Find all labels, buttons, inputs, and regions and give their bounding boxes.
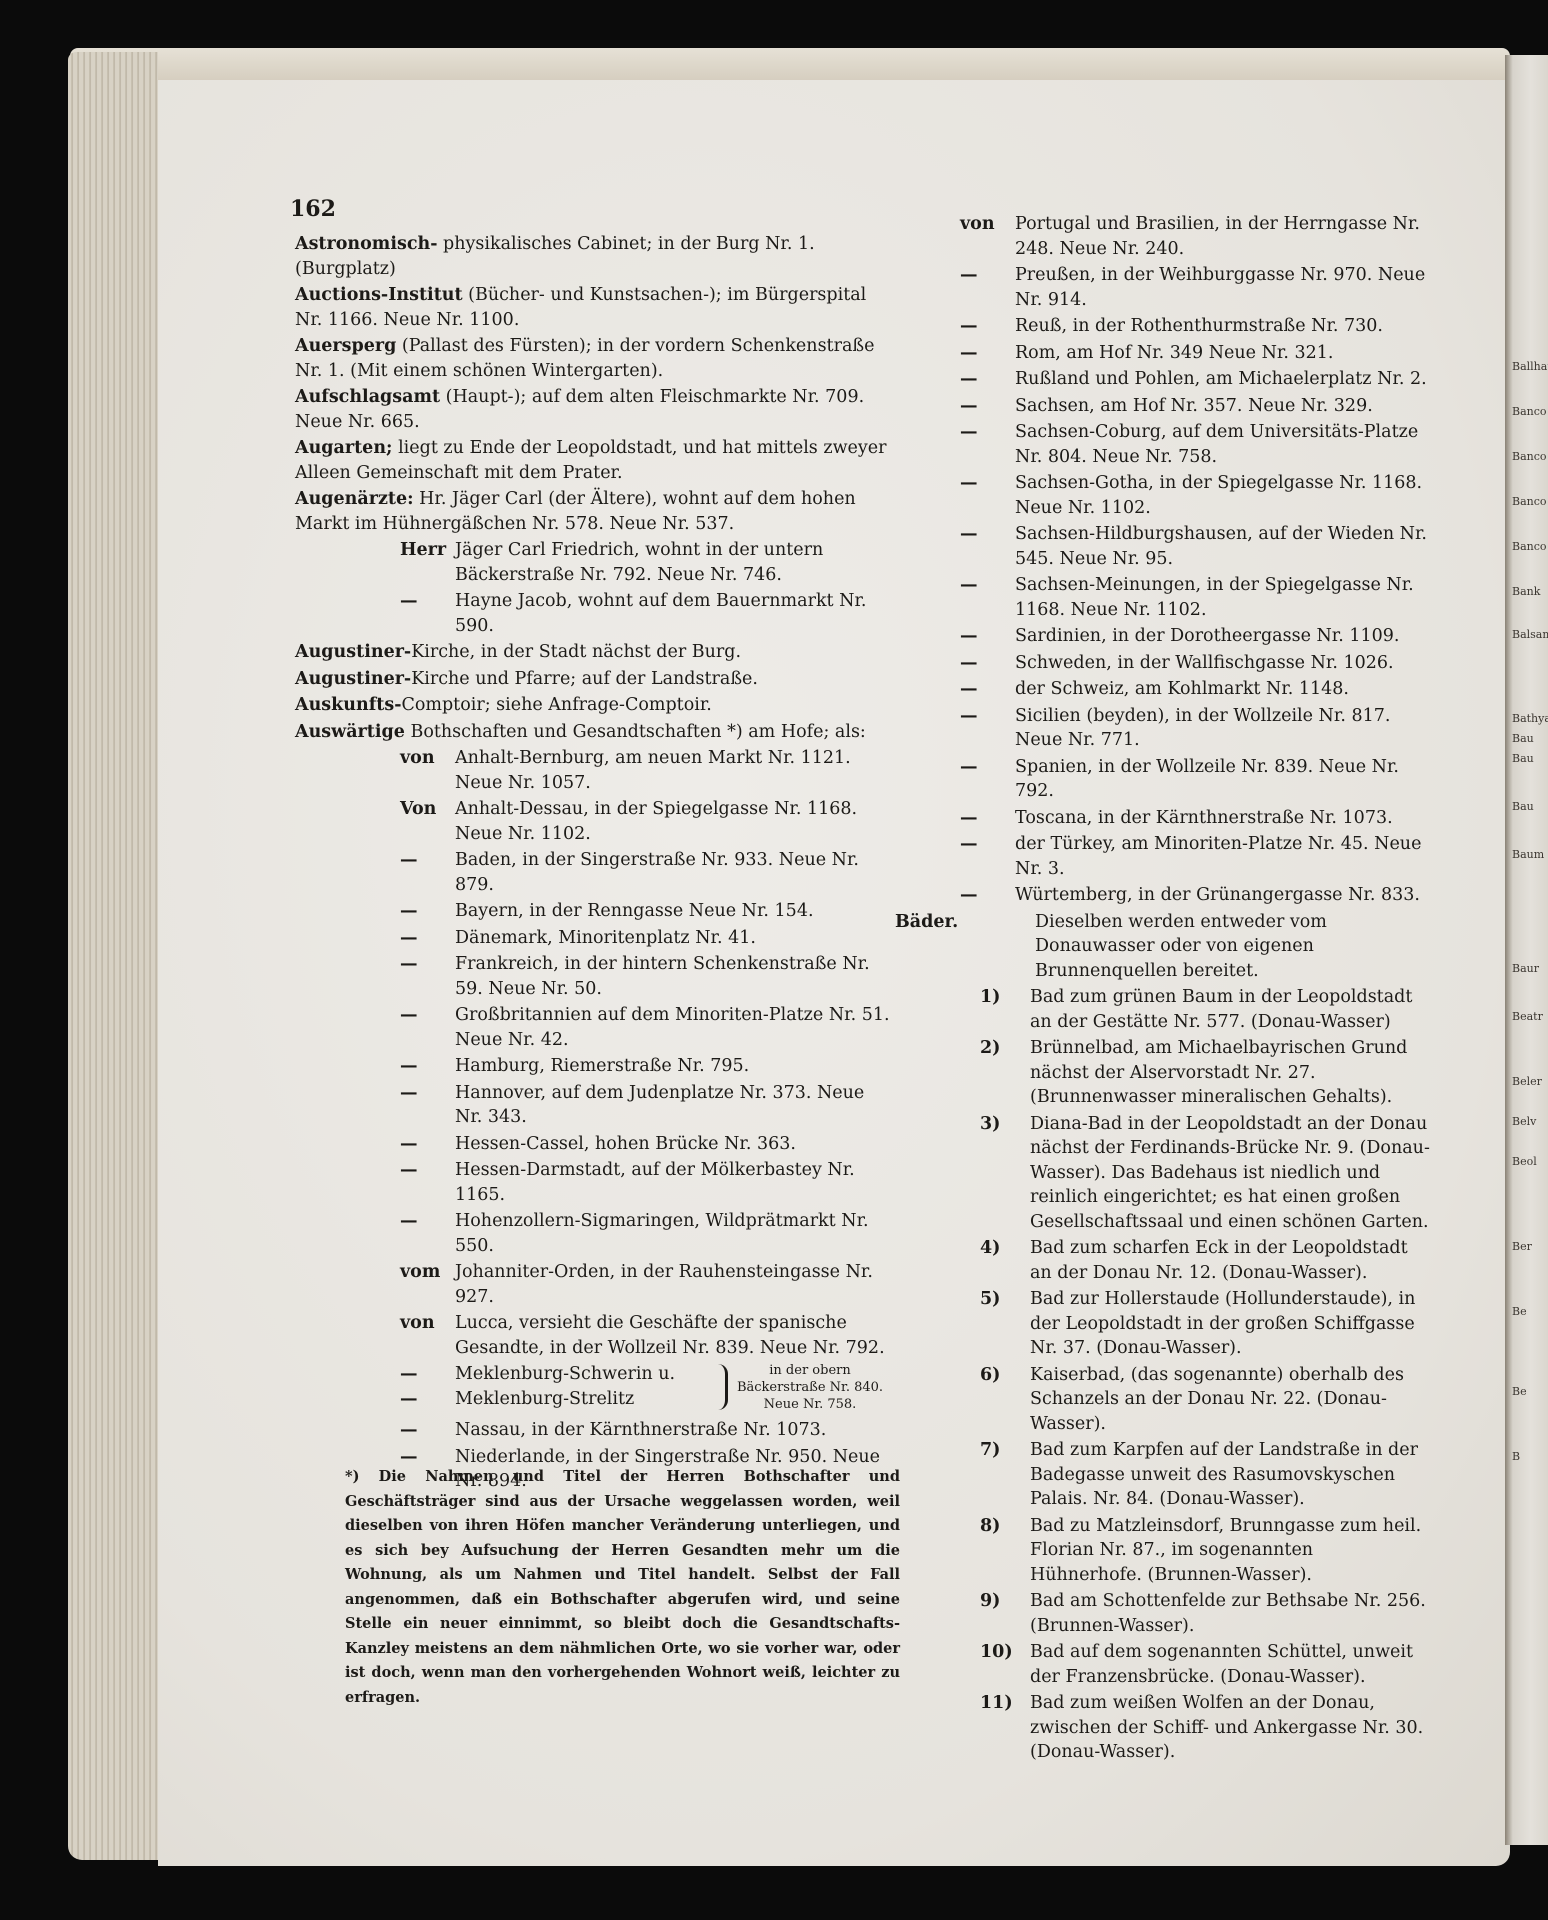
bath-item: 2)Brünnelbad, am Michaelbayrischen Grund… xyxy=(960,1036,1430,1110)
embassy-entry: —Sachsen-Meinungen, in der Spiegelgasse … xyxy=(960,573,1430,622)
embassy-entry: —der Türkey, am Minoriten-Platze Nr. 45.… xyxy=(960,832,1430,881)
embassy-entry: —Spanien, in der Wollzeile Nr. 839. Neue… xyxy=(960,755,1430,804)
embassy-entry: —Dänemark, Minoritenplatz Nr. 41. xyxy=(295,926,895,951)
embassy-entry: vomJohanniter-Orden, in der Rauhensteing… xyxy=(295,1260,895,1309)
embassy-entry: —Sachsen-Hildburgshausen, auf der Wieden… xyxy=(960,522,1430,571)
fragment: Bau xyxy=(1512,800,1534,813)
embassy-entry: —Preußen, in der Weihburggasse Nr. 970. … xyxy=(960,263,1430,312)
bath-item: 8)Bad zu Matzleinsdorf, Brunngasse zum h… xyxy=(960,1514,1430,1588)
entry-auctions: Auctions-Institut (Bücher- und Kunstsach… xyxy=(295,283,895,332)
entry-augarten: Augarten; liegt zu Ende der Leopoldstadt… xyxy=(295,436,895,485)
embassy-entry: vonPortugal und Brasilien, in der Herrng… xyxy=(960,212,1430,261)
bath-item: 9)Bad am Schottenfelde zur Bethsabe Nr. … xyxy=(960,1589,1430,1638)
bath-item: 7)Bad zum Karpfen auf der Landstraße in … xyxy=(960,1438,1430,1512)
fragment: Be xyxy=(1512,1385,1527,1398)
fragment: Ber xyxy=(1512,1240,1532,1253)
fragment: Banco xyxy=(1512,495,1547,508)
embassy-entry: —Nassau, in der Kärnthnerstraße Nr. 1073… xyxy=(295,1418,895,1443)
fragment: Baur xyxy=(1512,962,1539,975)
fragment: Bau xyxy=(1512,752,1534,765)
embassy-entry: —Bayern, in der Renngasse Neue Nr. 154. xyxy=(295,899,895,924)
shared-address: in der obern Bäckerstraße Nr. 840. Neue … xyxy=(735,1362,885,1413)
sub-entry: —Hayne Jacob, wohnt auf dem Bauernmarkt … xyxy=(295,589,895,638)
bath-item: 10)Bad auf dem sogenannten Schüttel, unw… xyxy=(960,1640,1430,1689)
entry-auersperg: Auersperg (Pallast des Fürsten); in der … xyxy=(295,334,895,383)
embassy-entry: —Hessen-Darmstadt, auf der Mölkerbastey … xyxy=(295,1158,895,1207)
entry-astronomisch: Astronomisch- physikalisches Cabinet; in… xyxy=(295,232,895,281)
fragment: Banco xyxy=(1512,540,1547,553)
fragment: Bau xyxy=(1512,732,1534,745)
entry-augustiner-kirche: Augustiner-Kirche, in der Stadt nächst d… xyxy=(295,640,895,665)
entry-auswaertige: Auswärtige Bothschaften und Gesandtschaf… xyxy=(295,720,895,745)
embassy-entry: —Sicilien (beyden), in der Wollzeile Nr.… xyxy=(960,704,1430,753)
right-column: vonPortugal und Brasilien, in der Herrng… xyxy=(960,212,1430,1767)
embassy-entry: —Hannover, auf dem Judenplatze Nr. 373. … xyxy=(295,1081,895,1130)
curly-brace xyxy=(715,1364,728,1410)
entry-augustiner-pfarre: Augustiner-Kirche und Pfarre; auf der La… xyxy=(295,667,895,692)
embassy-entry: vonLucca, versieht die Geschäfte der spa… xyxy=(295,1311,895,1360)
bath-item: 5)Bad zur Hollerstaude (Hollunderstaude)… xyxy=(960,1287,1430,1361)
embassy-entry: —Hamburg, Riemerstraße Nr. 795. xyxy=(295,1054,895,1079)
embassy-entry: VonAnhalt-Dessau, in der Spiegelgasse Nr… xyxy=(295,797,895,846)
page-number: 162 xyxy=(290,196,336,222)
meklenburg-bracket-group: —Meklenburg-Schwerin u. —Meklenburg-Stre… xyxy=(295,1362,895,1414)
fragment: Ballhau xyxy=(1512,360,1548,373)
fragment: Baum xyxy=(1512,848,1544,861)
sub-entry: HerrJäger Carl Friedrich, wohnt in der u… xyxy=(295,538,895,587)
bath-item: 11)Bad zum weißen Wolfen an der Donau, z… xyxy=(960,1691,1430,1765)
entry-baeder: Bäder.Dieselben werden entweder vom Dona… xyxy=(960,910,1430,984)
entry-augenaerzte: Augenärzte: Hr. Jäger Carl (der Ältere),… xyxy=(295,487,895,536)
embassy-entry: —Frankreich, in der hintern Schenkenstra… xyxy=(295,952,895,1001)
fragment: Beatr xyxy=(1512,1010,1543,1023)
embassy-entry: —Hohenzollern-Sigmaringen, Wildprätmarkt… xyxy=(295,1209,895,1258)
footnote: *) Die Nahmen und Titel der Herren Boths… xyxy=(345,1465,900,1710)
embassy-entry: —Würtemberg, in der Grünangergasse Nr. 8… xyxy=(960,883,1430,908)
bath-item: 6)Kaiserbad, (das sogenannte) oberhalb d… xyxy=(960,1363,1430,1437)
entry-aufschlagsamt: Aufschlagsamt (Haupt-); auf dem alten Fl… xyxy=(295,385,895,434)
bath-item: 3)Diana-Bad in der Leopoldstadt an der D… xyxy=(960,1112,1430,1235)
embassy-entry: —Rußland und Pohlen, am Michaelerplatz N… xyxy=(960,367,1430,392)
fragment: B xyxy=(1512,1450,1520,1463)
entry-auskunfts-comptoir: Auskunfts-Comptoir; siehe Anfrage-Compto… xyxy=(295,693,895,718)
fragment: Beol xyxy=(1512,1155,1537,1168)
embassy-entry: —Sachsen-Gotha, in der Spiegelgasse Nr. … xyxy=(960,471,1430,520)
embassy-entry: —Baden, in der Singerstraße Nr. 933. Neu… xyxy=(295,848,895,897)
embassy-entry: —Hessen-Cassel, hohen Brücke Nr. 363. xyxy=(295,1132,895,1157)
book-top-edge xyxy=(70,48,1510,84)
embassy-entry: vonAnhalt-Bernburg, am neuen Markt Nr. 1… xyxy=(295,746,895,795)
page-stack-edges xyxy=(68,52,158,1860)
embassy-entry: —Sachsen-Coburg, auf dem Universitäts-Pl… xyxy=(960,420,1430,469)
left-column: Astronomisch- physikalisches Cabinet; in… xyxy=(295,232,895,1496)
fragment: Be xyxy=(1512,1305,1527,1318)
embassy-entry: —Schweden, in der Wallfischgasse Nr. 102… xyxy=(960,651,1430,676)
fragment: Bathya xyxy=(1512,712,1548,725)
embassy-entry: —Sachsen, am Hof Nr. 357. Neue Nr. 329. xyxy=(960,394,1430,419)
fragment: Bank xyxy=(1512,585,1540,598)
embassy-entry: —Toscana, in der Kärnthnerstraße Nr. 107… xyxy=(960,806,1430,831)
embassy-entry: —Rom, am Hof Nr. 349 Neue Nr. 321. xyxy=(960,341,1430,366)
fragment: Beler xyxy=(1512,1075,1542,1088)
embassy-entry: —der Schweiz, am Kohlmarkt Nr. 1148. xyxy=(960,677,1430,702)
bath-item: 4)Bad zum scharfen Eck in der Leopoldsta… xyxy=(960,1236,1430,1285)
embassy-entry: —Großbritannien auf dem Minoriten-Platze… xyxy=(295,1003,895,1052)
fragment: Belv xyxy=(1512,1115,1536,1128)
embassy-entry: —Sardinien, in der Dorotheergasse Nr. 11… xyxy=(960,624,1430,649)
fragment: Balsam xyxy=(1512,628,1548,641)
fragment: Banco xyxy=(1512,450,1547,463)
fragment: Banco xyxy=(1512,405,1547,418)
embassy-entry: —Reuß, in der Rothenthurmstraße Nr. 730. xyxy=(960,314,1430,339)
book-gutter xyxy=(1505,55,1548,1845)
bath-item: 1)Bad zum grünen Baum in der Leopoldstad… xyxy=(960,985,1430,1034)
